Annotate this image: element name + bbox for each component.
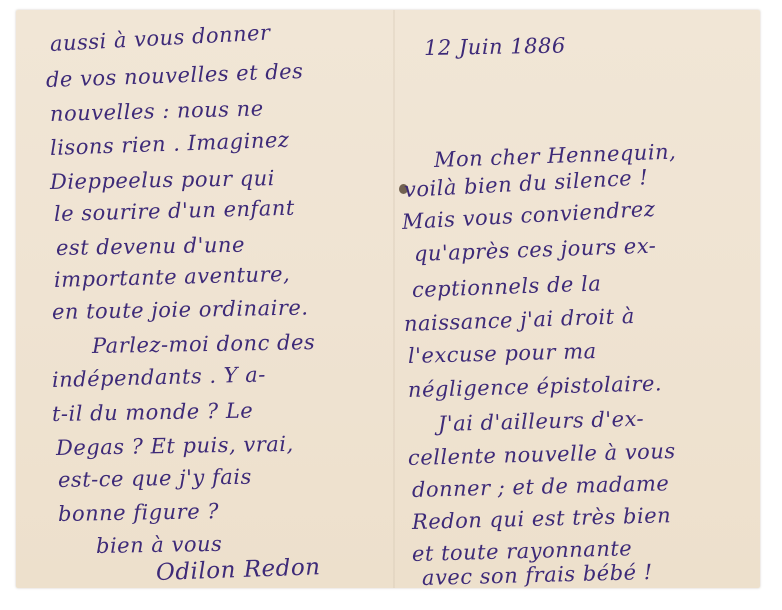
closing-line: bien à vous xyxy=(96,532,223,558)
handwritten-line: Mais vous conviendrez xyxy=(401,197,656,234)
signature: Odilon Redon xyxy=(156,554,321,586)
handwritten-line: Dieppeelus pour qui xyxy=(50,166,275,194)
handwritten-line: l'excuse pour ma xyxy=(408,339,597,368)
handwritten-line: t-il du monde ? Le xyxy=(52,398,254,426)
handwritten-line: Parlez-moi donc des xyxy=(92,330,316,358)
handwritten-line: Degas ? Et puis, vrai, xyxy=(56,432,294,460)
handwritten-line: nouvelles : nous ne xyxy=(50,96,264,126)
letter-date: 12 Juin 1886 xyxy=(424,34,566,60)
handwritten-line: J'ai d'ailleurs d'ex- xyxy=(438,407,645,436)
letter-sheet: aussi à vous donner de vos nouvelles et … xyxy=(16,10,760,588)
handwritten-line: le sourire d'un enfant xyxy=(54,196,295,226)
handwritten-line: est-ce que j'y fais xyxy=(58,465,252,492)
handwritten-line: avec son frais bébé ! xyxy=(422,560,653,590)
right-page: 12 Juin 1886 Mon cher Hennequin, voilà b… xyxy=(394,10,760,588)
handwritten-line: naissance j'ai droit à xyxy=(404,304,636,336)
handwritten-line: de vos nouvelles et des xyxy=(46,59,304,92)
handwritten-line: lisons rien . Imaginez xyxy=(50,128,290,160)
handwritten-line: donner ; et de madame xyxy=(412,471,670,502)
handwritten-line: indépendants . Y a- xyxy=(52,362,266,392)
handwritten-line: ceptionnels de la xyxy=(412,271,602,302)
handwritten-line: négligence épistolaire. xyxy=(408,371,663,402)
handwritten-line: en toute joie ordinaire. xyxy=(52,296,309,324)
handwritten-line: cellente nouvelle à vous xyxy=(408,439,676,470)
handwritten-line: qu'après ces jours ex- xyxy=(414,234,657,266)
handwritten-line: aussi à vous donner xyxy=(49,20,271,56)
handwritten-line: bonne figure ? xyxy=(58,499,220,526)
handwritten-line: importante aventure, xyxy=(54,262,291,292)
handwritten-line: est devenu d'une xyxy=(56,233,245,260)
handwritten-line: Redon qui est très bien xyxy=(412,503,672,534)
left-page: aussi à vous donner de vos nouvelles et … xyxy=(16,10,394,588)
